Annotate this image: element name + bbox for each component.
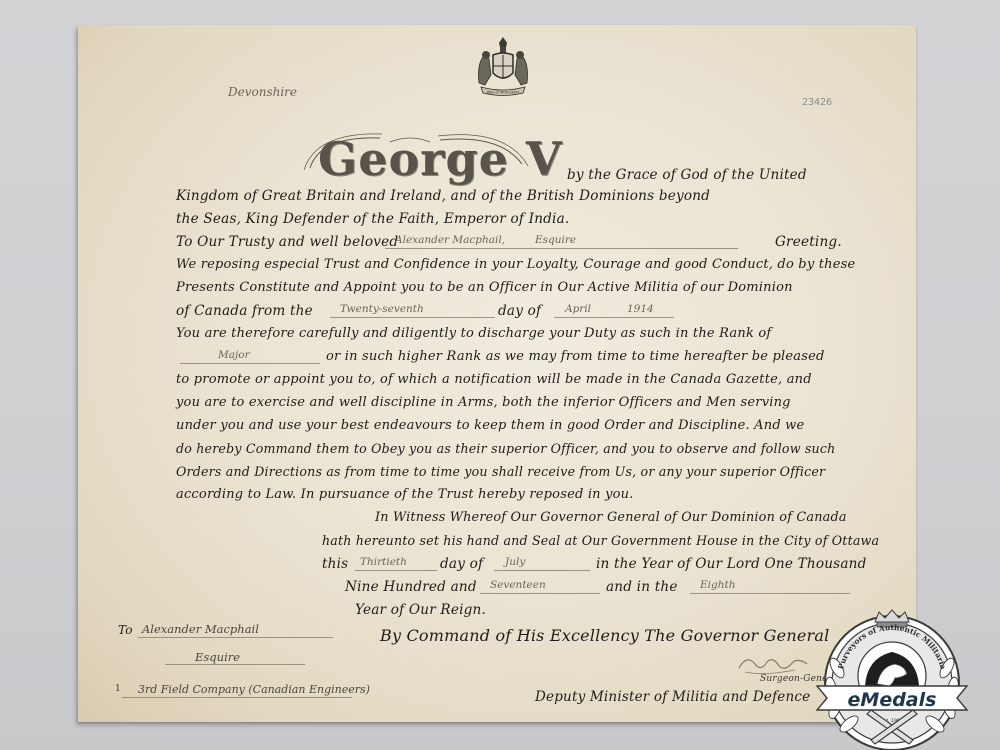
witness-reign-line: Year of Our Reign. — [355, 602, 486, 618]
body-line-5: We reposing especial Trust and Confidenc… — [176, 257, 855, 272]
recipient-suffix: Esquire — [535, 234, 576, 246]
day-of-label: day of — [498, 303, 541, 319]
start-month-underline — [554, 317, 674, 318]
royal-coat-of-arms-icon: DIEU ET MON DROIT — [473, 35, 533, 100]
body-line-14: do hereby Command them to Obey you as th… — [176, 441, 835, 456]
corner-annotation: Devonshire — [228, 85, 297, 99]
body-line-12: you are to exercise and well discipline … — [176, 395, 791, 410]
emedals-watermark-seal-icon: Purveyors of Authentic Militaria eMedals… — [797, 608, 987, 750]
unit-underline — [122, 697, 352, 698]
body-line-1: Kingdom of Great Britain and Ireland, an… — [176, 188, 710, 204]
witness-year-label: in the Year of Our Lord One Thousand — [596, 556, 867, 572]
body-line-9: You are therefore carefully and diligent… — [176, 326, 771, 341]
body-line-16: according to Law. In pursuance of the Tr… — [176, 487, 634, 502]
deputy-minister-line: Deputy Minister of Militia and Defence — [535, 689, 810, 705]
reign-year: Eighth — [700, 579, 736, 591]
witness-year-underline — [480, 593, 600, 594]
rank-underline — [180, 363, 320, 364]
body-line-13: under you and use your best endeavours t… — [176, 418, 804, 433]
address-suffix-underline — [165, 664, 305, 665]
recipient-underline — [385, 248, 738, 249]
address-name: Alexander Macphail — [142, 622, 259, 636]
body-line-10: or in such higher Rank as we may from ti… — [326, 349, 825, 364]
body-line-2: the Seas, King Defender of the Faith, Em… — [176, 211, 569, 227]
body-line-15: Orders and Directions as from time to ti… — [176, 464, 825, 479]
address-name-underline — [138, 637, 333, 638]
entry-number: 1 — [115, 684, 121, 694]
sovereign-title: George V — [318, 132, 563, 186]
start-day: Twenty-seventh — [340, 303, 424, 315]
heading-tail: by the Grace of God of the United — [567, 167, 807, 183]
witness-this-label: this — [322, 556, 348, 572]
witness-line-2: hath hereunto set his hand and Seal at O… — [322, 533, 879, 548]
watermark-brand: eMedals — [848, 689, 937, 711]
witness-year-word: Seventeen — [490, 579, 546, 591]
recipient-name: Alexander Macphail, — [395, 234, 505, 246]
witness-month-underline — [494, 570, 590, 571]
body-line-6: Presents Constitute and Appoint you to b… — [176, 280, 793, 295]
body-line-11: to promote or appoint you to, of which a… — [176, 372, 812, 387]
start-year: 1914 — [627, 303, 654, 315]
witness-and-in-the: and in the — [606, 579, 678, 595]
crest-motto: DIEU ET MON DROIT — [487, 91, 520, 95]
witness-nine-hundred: Nine Hundred and — [345, 579, 477, 595]
address-to-label: To — [118, 623, 133, 637]
start-month: April — [565, 303, 591, 315]
rank: Major — [218, 349, 250, 361]
serial-number: 23426 — [802, 97, 832, 108]
witness-month: July — [505, 556, 525, 568]
witness-day: Thirtieth — [360, 556, 407, 568]
body-line-7: of Canada from the — [176, 303, 313, 319]
reign-underline — [690, 593, 850, 594]
witness-day-underline — [355, 570, 437, 571]
body-line-3: To Our Trusty and well beloved — [176, 234, 398, 250]
unit: 3rd Field Company (Canadian Engineers) — [138, 683, 370, 696]
command-line: By Command of His Excellency The Governo… — [380, 626, 829, 645]
address-suffix: Esquire — [195, 650, 240, 664]
witness-day-of-label: day of — [440, 556, 483, 572]
greeting: Greeting. — [775, 234, 842, 250]
start-day-underline — [330, 317, 495, 318]
witness-line-1: In Witness Whereof Our Governor General … — [375, 510, 847, 525]
